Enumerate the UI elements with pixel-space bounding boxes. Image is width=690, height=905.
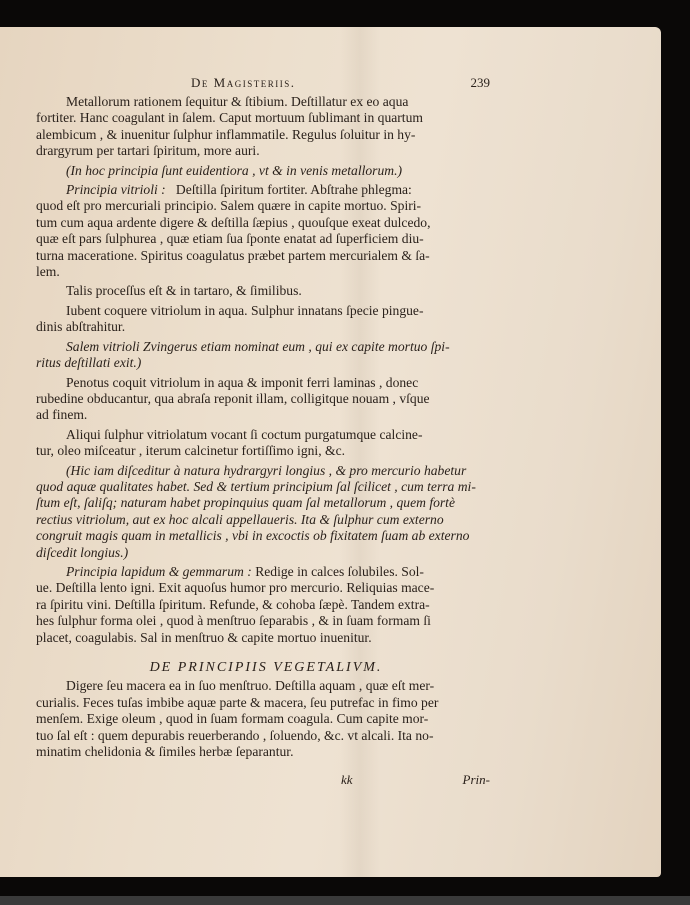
section-heading: DE PRINCIPIIS VEGETALIVM. [36,660,496,676]
line: ad finem. [36,407,496,423]
line: dinis abſtrahitur. [36,319,496,335]
catchword: Prin- [463,772,490,788]
paragraph-8: Aliqui ſulphur vitriolatum vocant ſi coc… [36,427,496,460]
bottom-strip [0,896,690,905]
line: Iubent coquere vitriolum in aqua. Sulphu… [36,303,496,319]
line: lem. [36,264,496,280]
line: Metallorum rationem ſequitur & ſtibium. … [36,94,496,110]
line: alembicum , & inuenitur ſulphur inflamma… [36,127,496,143]
line: tuo ſal eſt : quem depurabis reuerberand… [36,728,496,744]
line: Talis proceſſus eſt & in tartaro, & ſimi… [36,283,496,299]
paragraph-5: Iubent coquere vitriolum in aqua. Sulphu… [36,303,496,336]
lead-heading: Principia lapidum & gemmarum : [66,564,252,579]
paragraph-4: Talis proceſſus eſt & in tartaro, & ſimi… [36,283,496,299]
signature-mark: kk [341,772,353,788]
paragraph-9-annotation: (Hic iam diſceditur à natura hydrargyri … [36,463,496,561]
line: ra ſpiritu vini. Deſtilla ſpiritum. Refu… [36,597,496,613]
line: tum cum aqua ardente digere & deſtilla ſ… [36,215,496,231]
page-number: 239 [471,75,491,91]
paragraph-3: Principia vitrioli : Deſtilla ſpiritum f… [36,182,496,280]
paragraph-2-annotation: (In hoc principia ſunt euidentiora , vt … [36,163,496,179]
line: congruit magis quam in metallicis , vbi … [36,528,496,544]
running-title: De Magisteriis. [191,75,295,91]
line: (In hoc principia ſunt euidentiora , vt … [36,163,496,179]
line: quæ eſt pars ſulphurea , quæ etiam ſua ſ… [36,231,496,247]
line: hes ſulphur forma olei , quod à menſtruo… [36,613,496,629]
line: Aliqui ſulphur vitriolatum vocant ſi coc… [36,427,496,443]
line: rectius vitriolum, aut ex hoc alcali app… [36,512,496,528]
running-head: De Magisteriis. 239 [36,75,496,93]
line: menſem. Exige oleum , quod in ſuam forma… [36,711,496,727]
line: Digere ſeu macera ea in ſuo menſtruo. De… [36,678,496,694]
line: Penotus coquit vitriolum in aqua & impon… [36,375,496,391]
line: Deſtilla ſpiritum fortiter. Abſtrahe phl… [176,182,412,197]
section-paragraph-1: Digere ſeu macera ea in ſuo menſtruo. De… [36,678,496,760]
paragraph-7: Penotus coquit vitriolum in aqua & impon… [36,375,496,424]
line: turna maceratione. Spiritus coagulatus p… [36,248,496,264]
page-body: Metallorum rationem ſequitur & ſtibium. … [36,94,496,792]
line: ue. Deſtilla lento igni. Exit aquoſus hu… [36,580,496,596]
line: diſcedit longius.) [36,545,496,561]
line: ritus deſtillati exit.) [36,355,496,371]
line: (Hic iam diſceditur à natura hydrargyri … [36,463,496,479]
line: fortiter. Hanc coagulant in ſalem. Caput… [36,110,496,126]
line: Salem vitrioli Zvingerus etiam nominat e… [36,339,496,355]
line: rubedine obducantur, qua abraſa reponit … [36,391,496,407]
line: Redige in calces ſolubiles. Sol- [255,564,424,579]
line: tur, oleo miſceatur , iterum calcinetur … [36,443,496,459]
line: drargyrum per tartari ſpiritum, more aur… [36,143,496,159]
lead-heading: Principia vitrioli : [66,182,166,197]
paragraph-10: Principia lapidum & gemmarum : Redige in… [36,564,496,646]
paragraph-6: Salem vitrioli Zvingerus etiam nominat e… [36,339,496,372]
line: quod aquæ qualitates habet. Sed & tertiu… [36,479,496,495]
line: curialis. Feces tuſas imbibe aquæ parte … [36,695,496,711]
page-footer: kk Prin- [36,772,496,792]
line: placet, coagulabis. Sal in menſtruo & ca… [36,630,496,646]
line: minatim chelidonia & ſimiles herbæ ſepar… [36,744,496,760]
line: ſtum eſt, ſaliſq; naturam habet propinqu… [36,495,496,511]
line: quod eſt pro mercuriali principio. Salem… [36,198,496,214]
book-page: De Magisteriis. 239 Metallorum rationem … [0,27,661,877]
paragraph-1: Metallorum rationem ſequitur & ſtibium. … [36,94,496,160]
